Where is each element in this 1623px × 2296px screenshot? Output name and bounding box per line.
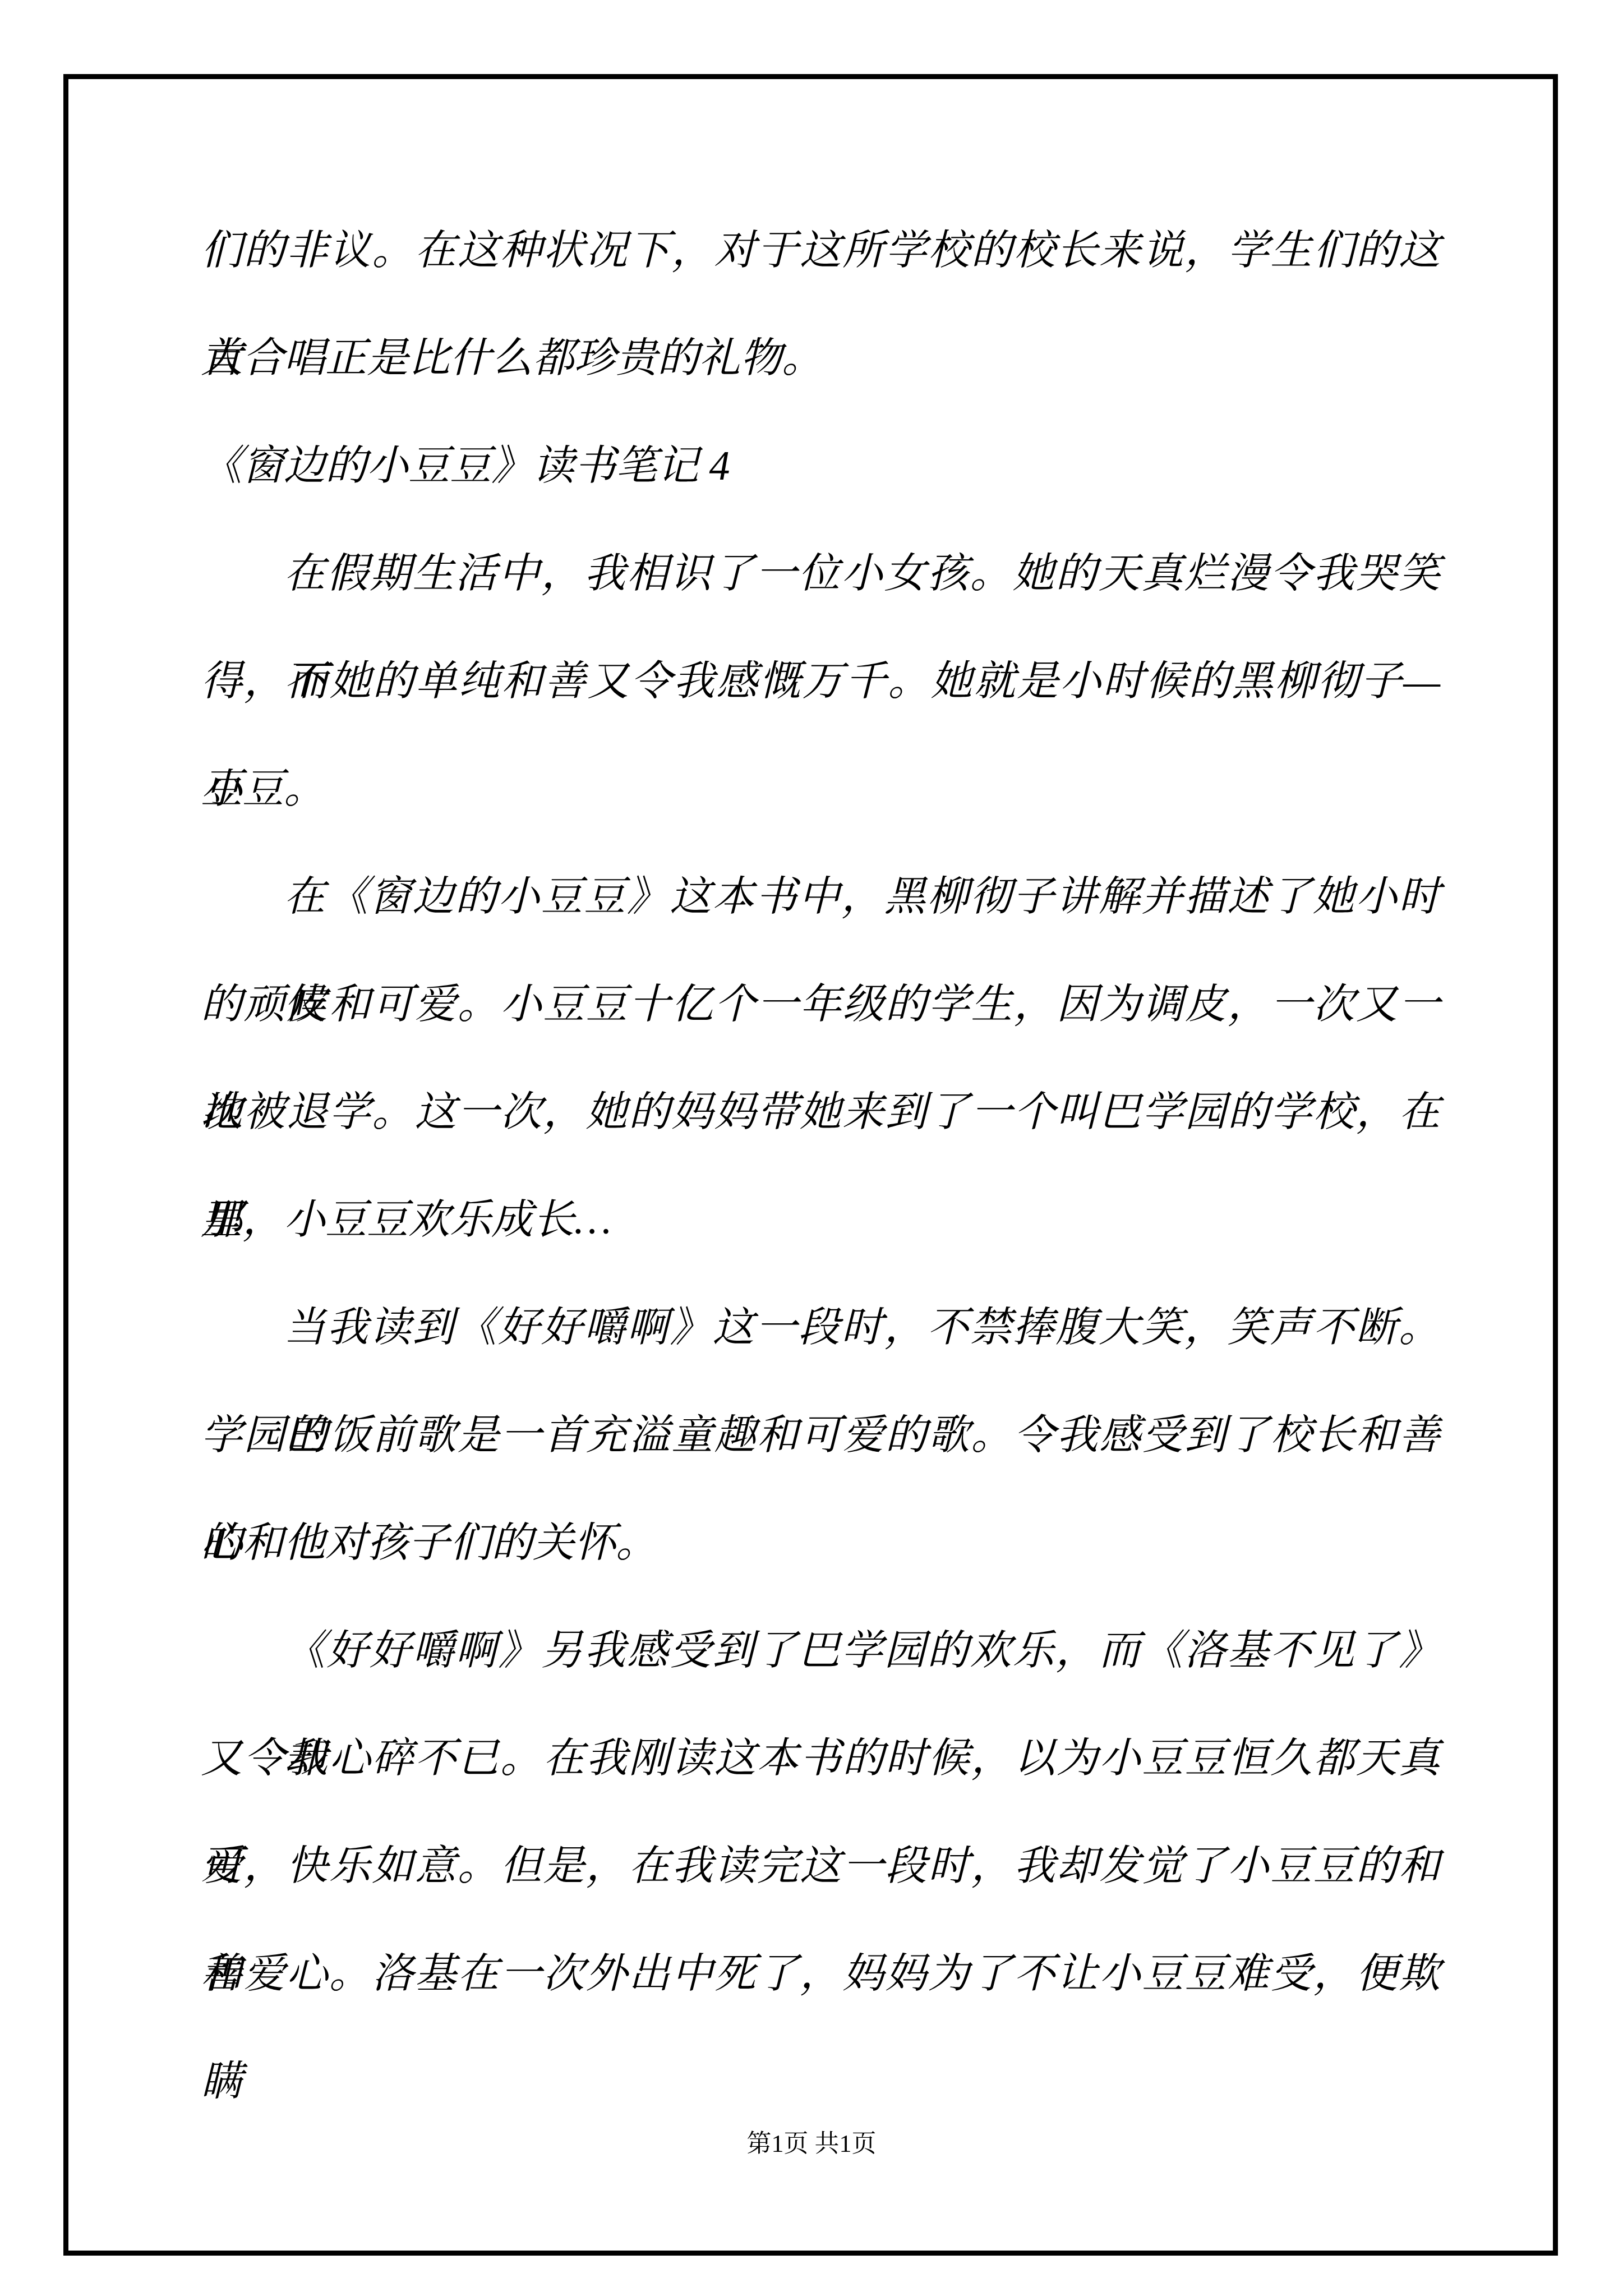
- page-footer: 第1页 共1页: [0, 2132, 1623, 2156]
- text-line: 大合唱正是比什么都珍贵的礼物。: [201, 305, 1440, 412]
- text-line-content: 大合唱正是比什么都珍贵的礼物。: [201, 335, 823, 381]
- text-line: 地被退学。这一次，她的妈妈带她来到了一个叫巴学园的学校，在那: [201, 1059, 1440, 1166]
- text-line: 得，而她的单纯和善又令我感慨万千。她就是小时候的黑柳彻子—小: [201, 628, 1440, 735]
- text-line-content: 豆豆。: [201, 766, 325, 812]
- text-line: 《窗边的小豆豆》读书笔记 4: [201, 412, 1440, 520]
- text-line: 的顽皮和可爱。小豆豆十亿个一年级的学生，因为调皮，一次又一次: [201, 951, 1440, 1059]
- text-line: 里，小豆豆欢乐成长…: [201, 1166, 1440, 1274]
- document-body-text: 们的非议。在这种状况下，对于这所学校的校长来说，学生们的这首 大合唱正是比什么都…: [201, 197, 1440, 2028]
- text-line: 和爱心。洛基在一次外出中死了，妈妈为了不让小豆豆难受，便欺瞒: [201, 1920, 1440, 2028]
- text-line: 当我读到《好好嚼啊》这一段时，不禁捧腹大笑，笑声不断。巴: [201, 1274, 1440, 1382]
- page-number-label: 第1页 共1页: [747, 2130, 877, 2157]
- text-line: 爱，快乐如意。但是，在我读完这一段时，我却发觉了小豆豆的和善: [201, 1812, 1440, 1920]
- text-line: 又令我心碎不已。在我刚读这本书的时候，以为小豆豆恒久都天真可: [201, 1705, 1440, 1812]
- text-line: 《好好嚼啊》另我感受到了巴学园的欢乐，而《洛基不见了》却: [201, 1597, 1440, 1705]
- text-line: 豆豆。: [201, 735, 1440, 843]
- document-page: 们的非议。在这种状况下，对于这所学校的校长来说，学生们的这首 大合唱正是比什么都…: [0, 0, 1623, 2296]
- text-line: 在《窗边的小豆豆》这本书中，黑柳彻子讲解并描述了她小时候: [201, 843, 1440, 951]
- text-line-content: 里，小豆豆欢乐成长…: [201, 1197, 611, 1243]
- text-line: 们的非议。在这种状况下，对于这所学校的校长来说，学生们的这首: [201, 197, 1440, 305]
- text-line: 在假期生活中，我相识了一位小女孩。她的天真烂漫令我哭笑不: [201, 520, 1440, 628]
- text-line-content: 心和他对孩子们的关怀。: [201, 1520, 657, 1566]
- text-line-content: 《窗边的小豆豆》读书笔记 4: [201, 443, 730, 489]
- text-line: 学园的饭前歌是一首充溢童趣和可爱的歌。令我感受到了校长和善的: [201, 1382, 1440, 1489]
- text-line: 心和他对孩子们的关怀。: [201, 1489, 1440, 1597]
